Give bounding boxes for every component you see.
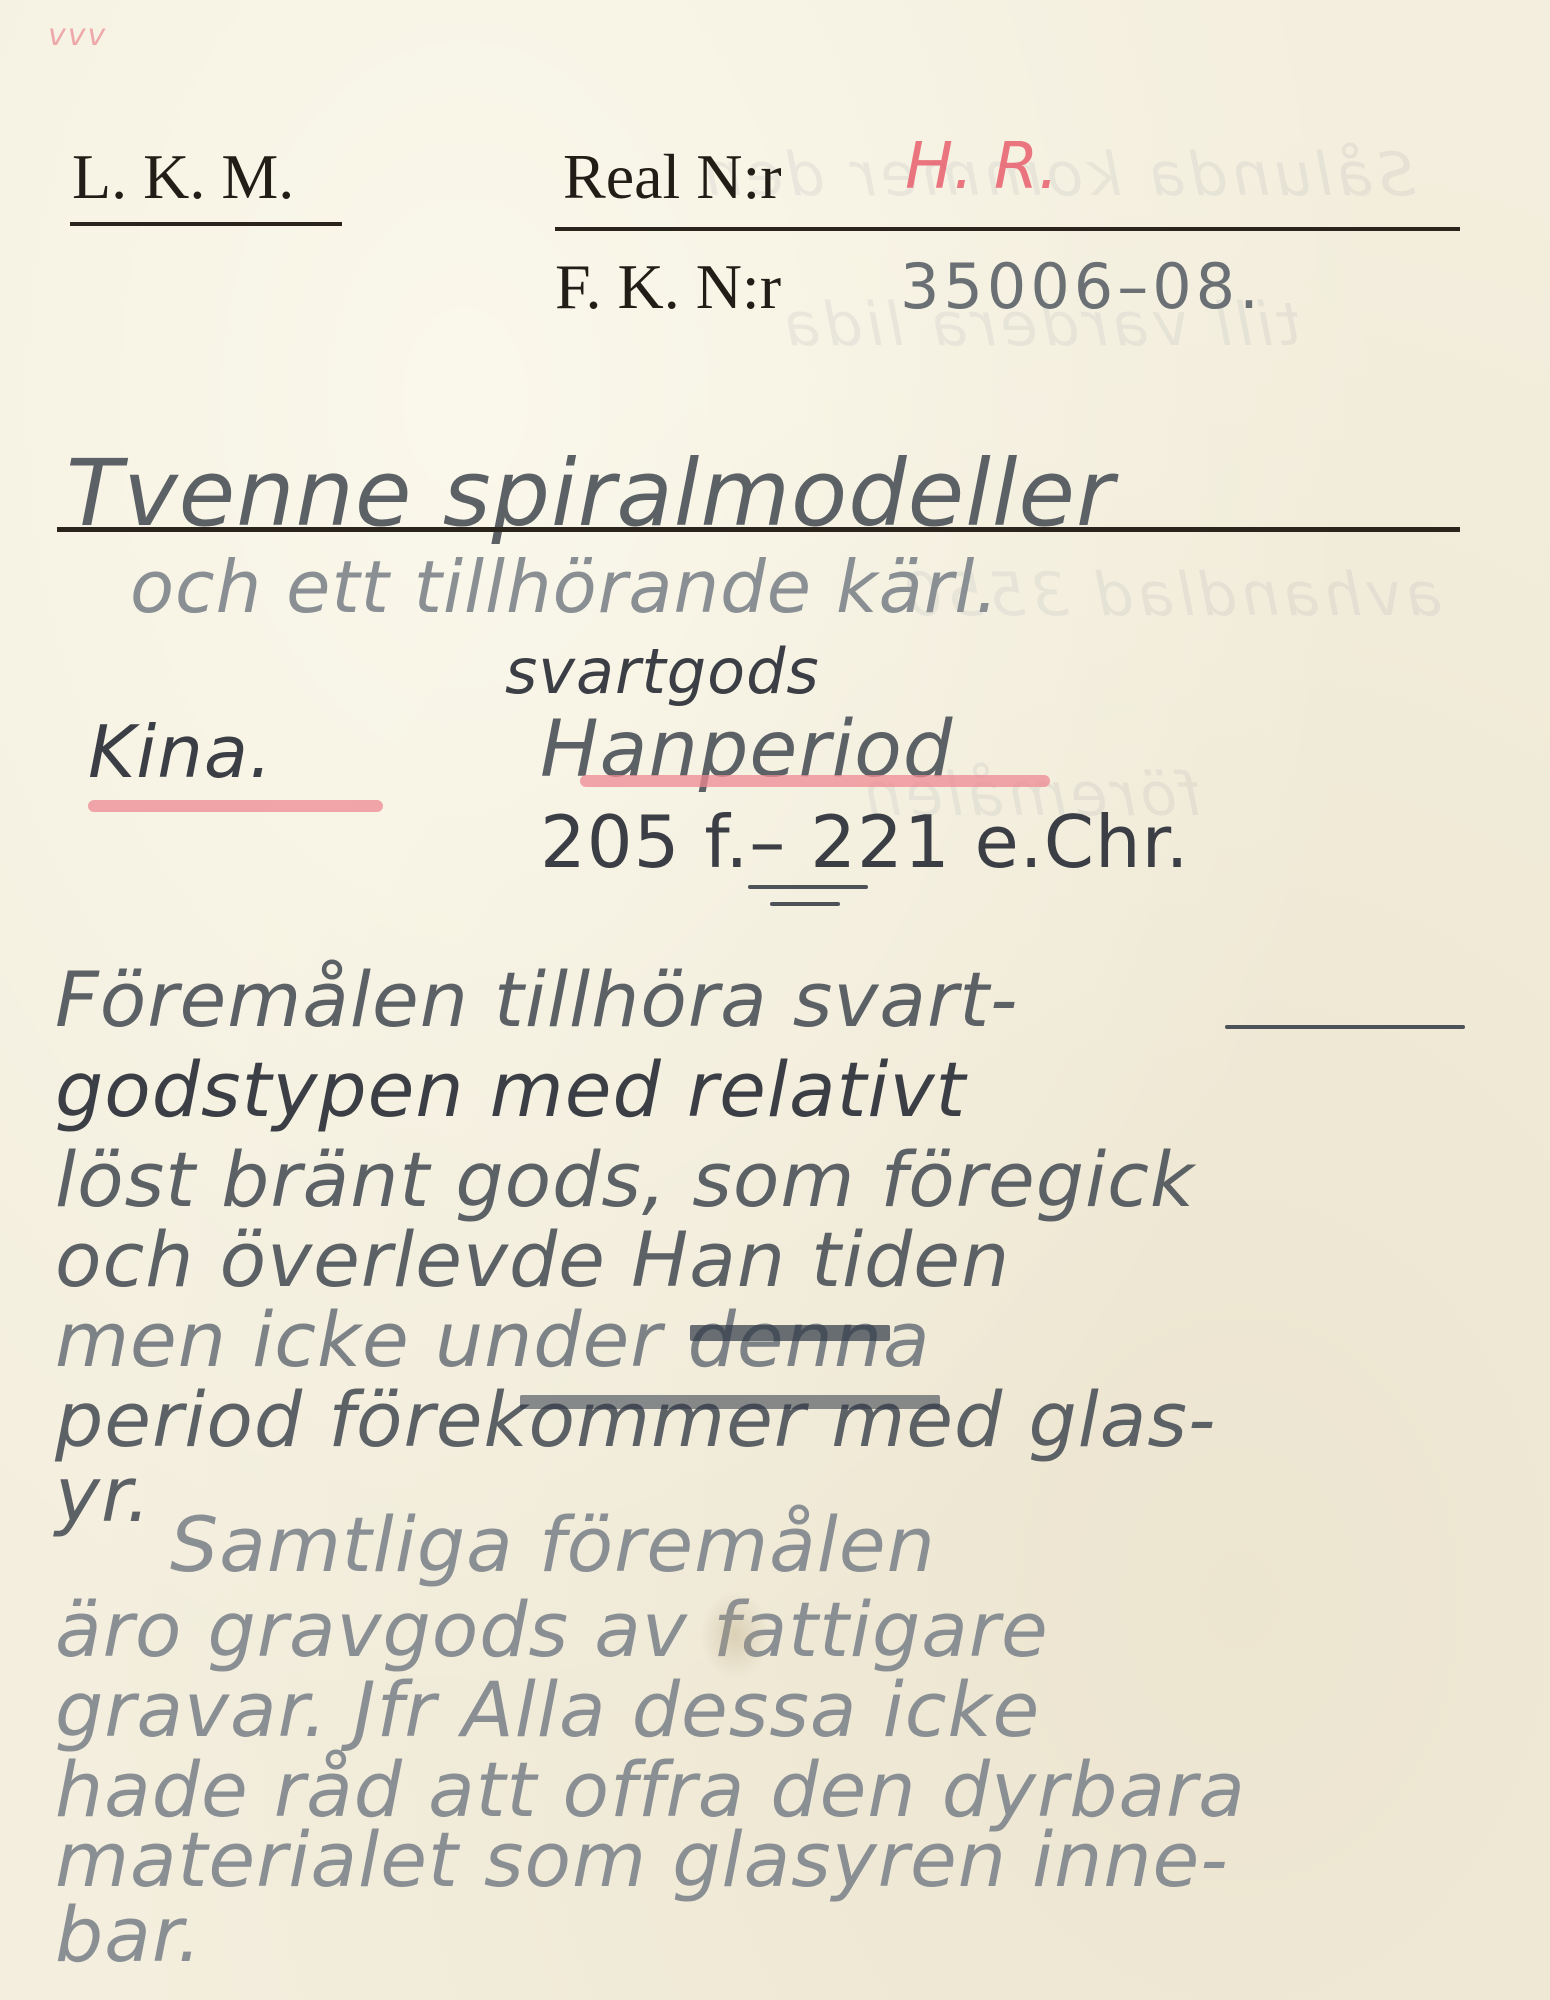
svart-underline (1225, 1025, 1465, 1029)
title-line-2: och ett tillhörande kärl. (130, 545, 999, 629)
dating-underline-2 (770, 902, 840, 906)
fk-no-value: 35006–08. (900, 250, 1263, 323)
strikethrough-forekommer (520, 1395, 940, 1409)
body2-line-3: gravar. Jfr Alla dessa icke (55, 1665, 1040, 1754)
collection-underline (70, 222, 342, 226)
fk-no-label: F. K. N:r (555, 255, 781, 319)
strikethrough-under (690, 1325, 890, 1341)
body2-line-2: äro gravgods av fattigare (55, 1585, 1049, 1674)
country: Kina. (88, 710, 273, 794)
real-no-label: Real N:r (563, 145, 782, 209)
header-rule (555, 227, 1460, 231)
body-line-1: Föremålen tillhöra svart- (55, 955, 1018, 1044)
dating: 205 f.– 221 e.Chr. (540, 800, 1189, 884)
body2-line-6: bar. (55, 1890, 202, 1979)
body-line-2: godstypen med relativt (55, 1045, 966, 1134)
title-rule (57, 527, 1460, 532)
body-line-4: och överlevde Han tiden (55, 1215, 1010, 1304)
body-line-3: löst bränt gods, som föregick (55, 1135, 1195, 1224)
body2-line-5: materialet som glasyren inne- (55, 1815, 1229, 1904)
material-insertion: svartgods (505, 635, 820, 708)
corner-mark: vvv (48, 18, 107, 53)
country-red-underline (88, 800, 383, 812)
real-no-value: H. R. (905, 130, 1059, 204)
dating-underline (748, 885, 868, 889)
collection-label: L. K. M. (72, 145, 294, 209)
period-red-underline (580, 775, 1050, 787)
body-line-7: yr. (55, 1450, 151, 1539)
body-line-6: period förekommer med glas- (55, 1375, 1216, 1464)
body2-line-1: Samtliga föremålen (170, 1500, 936, 1589)
